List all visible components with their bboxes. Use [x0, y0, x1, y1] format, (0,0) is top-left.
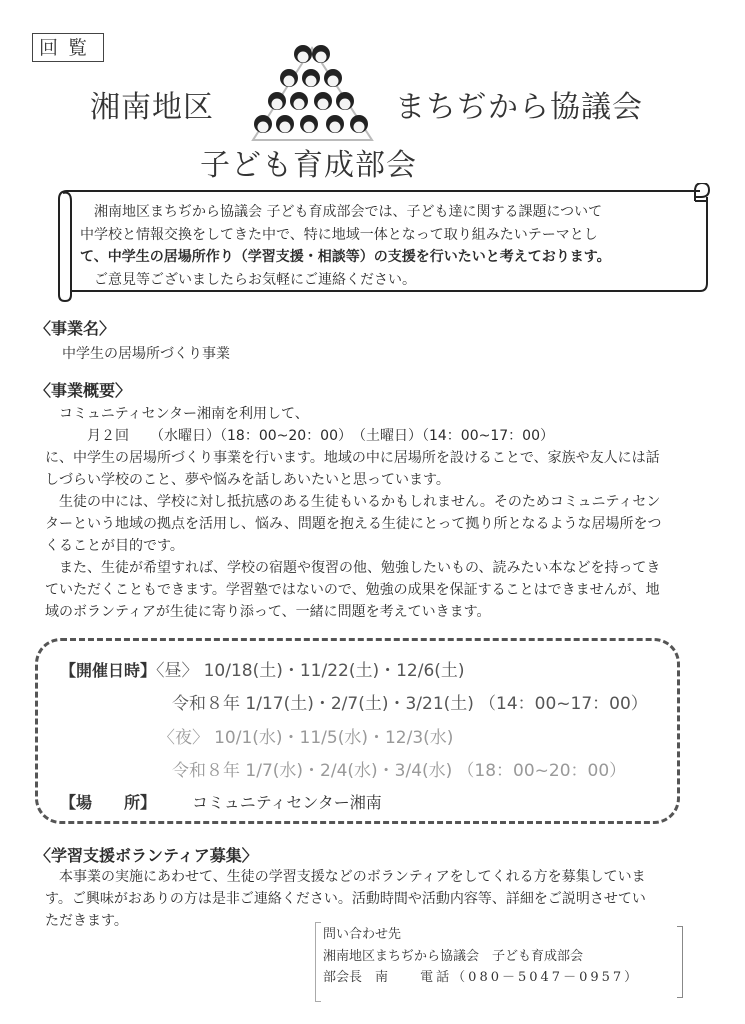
- night-time: （18：00~20：00）: [457, 761, 626, 781]
- schedule-night-row-1: 〈夜〉 10/1(水)・11/5(水)・12/3(水): [158, 723, 453, 748]
- overview-line: しづらい学校のこと、夢や悩みを話しあいたいと思っています。: [45, 469, 662, 491]
- schedule-night-row-2: 令和８年 1/7(水)・2/4(水)・3/4(水) （18：00~20：00）: [172, 756, 626, 781]
- night-label: 〈夜〉: [158, 728, 209, 748]
- overview-heading: 〈事業概要〉: [35, 378, 131, 401]
- intro-line-4: ご意見等ございましたらお気軽にご連絡ください。: [80, 269, 650, 292]
- project-name-heading: 〈事業名〉: [35, 316, 115, 339]
- contact-box: 問い合わせ先 湘南地区まちぢから協議会 子ども育成部会 部会長 南 電話（080…: [315, 924, 677, 996]
- contact-organization: 湘南地区まちぢから協議会 子ども育成部会: [323, 946, 677, 968]
- contact-phone: （080－5047－0957）: [452, 970, 640, 985]
- intro-line-1: 湘南地区まちぢから協議会 子ども育成部会では、子ども達に関する課題について: [80, 201, 650, 224]
- schedule-place-row: 【場 所】コミュニティセンター湘南: [60, 790, 382, 813]
- overview-line: くることが目的です。: [45, 535, 662, 557]
- day-time: （14：00~17：00）: [479, 694, 648, 714]
- bracket-left: [315, 922, 321, 1002]
- dates-label: 【開催日時】: [60, 661, 156, 680]
- night-dates-2025: 10/1(水)・11/5(水)・12/3(水): [214, 728, 453, 748]
- intro-line-3: て、中学生の居場所作り（学習支援・相談等）の支援を行いたいと考えております。: [80, 246, 650, 269]
- contact-heading: 問い合わせ先: [323, 924, 677, 946]
- overview-text: コミュニティセンター湘南を利用して、 月２回 （水曜日）（18：00~20：00…: [45, 403, 662, 623]
- contact-phone-label: 電話: [420, 970, 452, 985]
- volunteer-line: す。ご興味がおありの方は是非ご連絡ください。活動時間や活動内容等、詳細をご説明さ…: [45, 888, 646, 910]
- intro-line-2: 中学校と情報交換をしてきた中で、特に地域一体となって取り組みたいテーマとし: [80, 224, 650, 247]
- overview-line: 生徒の中には、学校に対し抵抗感のある生徒もいるかもしれません。そのためコミュニテ…: [45, 491, 662, 513]
- day-label: 〈昼〉: [156, 661, 199, 681]
- place-label: 【場 所】: [60, 793, 156, 812]
- place-value: コミュニティセンター湘南: [192, 793, 382, 812]
- overview-line: 月２回 （水曜日）（18：00~20：00） （土曜日）（14：00~17：00…: [45, 425, 662, 447]
- circulation-stamp: 回覧: [32, 33, 104, 62]
- title-council: まちぢから協議会: [395, 82, 643, 126]
- intro-text: 湘南地区まちぢから協議会 子ども育成部会では、子ども達に関する課題について 中学…: [80, 201, 650, 291]
- night-dates-2026: 令和８年 1/7(水)・2/4(水)・3/4(水): [172, 761, 452, 781]
- schedule-day-row-2: 令和８年 1/17(土)・2/7(土)・3/21(土) （14：00~17：00…: [172, 689, 648, 714]
- schedule-day-row-1: 【開催日時】〈昼〉 10/18(土)・11/22(土)・12/6(土): [60, 656, 465, 681]
- overview-line: 域のボランティアが生徒に寄り添って、一緒に問題を考えていきます。: [45, 601, 662, 623]
- project-name-value: 中学生の居場所づくり事業: [62, 343, 230, 365]
- overview-line: ていただくこともできます。学習塾ではないので、勉強の成果を保証することはできませ…: [45, 579, 662, 601]
- day-dates-2025: 10/18(土)・11/22(土)・12/6(土): [204, 661, 465, 681]
- student-pyramid-illustration: [245, 40, 380, 145]
- contact-person: 部会長 南: [323, 970, 388, 985]
- volunteer-line: 本事業の実施にあわせて、生徒の学習支援などのボランティアをしてくれる方を募集して…: [45, 866, 646, 888]
- overview-line: に、中学生の居場所づくり事業を行います。地域の中に居場所を設けることで、家族や友…: [45, 447, 662, 469]
- day-dates-2026: 令和８年 1/17(土)・2/7(土)・3/21(土): [172, 694, 474, 714]
- contact-person-row: 部会長 南 電話（080－5047－0957）: [323, 967, 677, 989]
- volunteer-text: 本事業の実施にあわせて、生徒の学習支援などのボランティアをしてくれる方を募集して…: [45, 866, 646, 932]
- bracket-right: [677, 926, 683, 998]
- overview-line: また、生徒が希望すれば、学校の宿題や復習の他、勉強したいもの、読みたい本などを持…: [45, 557, 662, 579]
- overview-line: ターという地域の拠点を活用し、悩み、問題を抱える生徒にとって拠り所となるような居…: [45, 513, 662, 535]
- title-district: 湘南地区: [90, 82, 214, 126]
- title-subcommittee: 子ども育成部会: [200, 140, 417, 184]
- volunteer-heading: 〈学習支援ボランティア募集〉: [35, 843, 258, 866]
- overview-line: コミュニティセンター湘南を利用して、: [45, 403, 662, 425]
